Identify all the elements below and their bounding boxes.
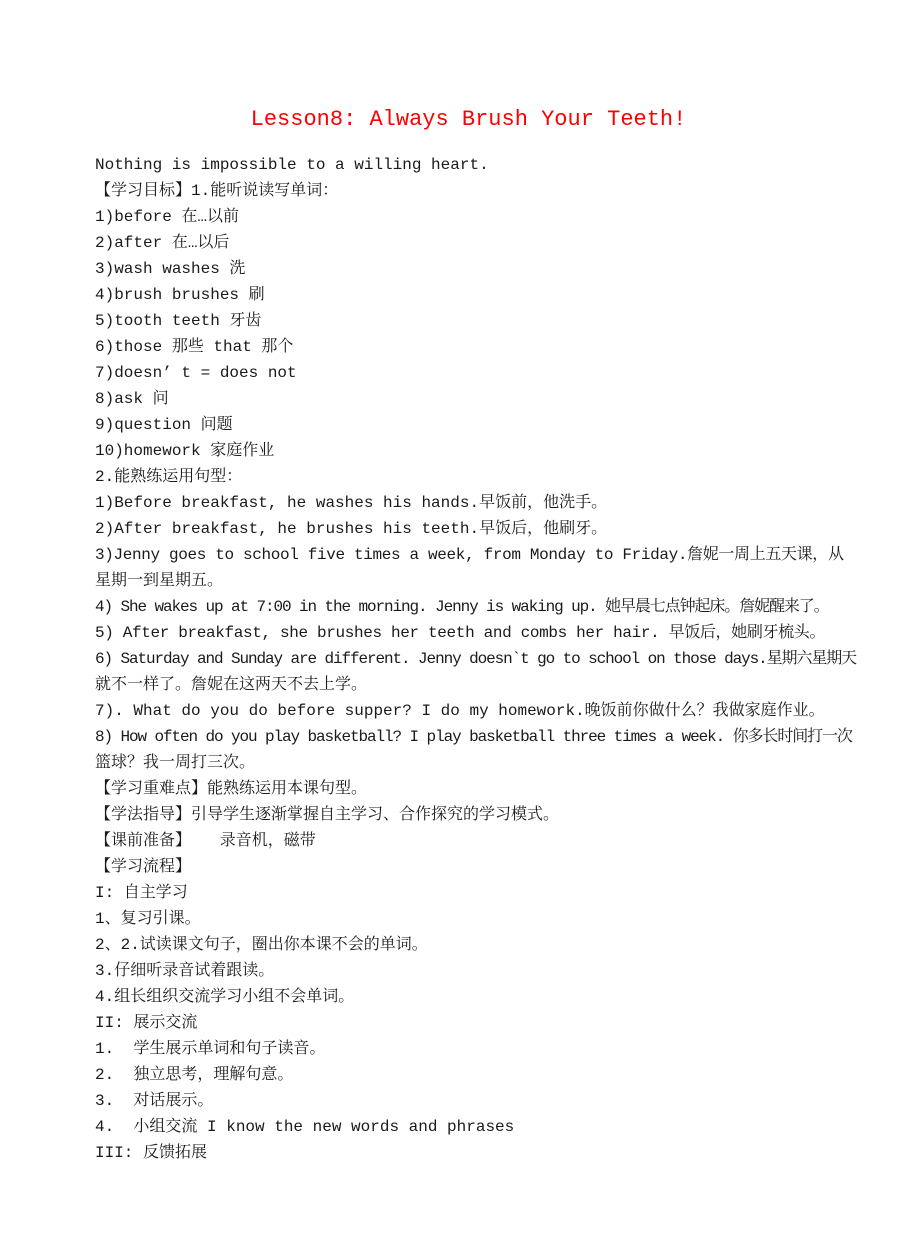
- pattern-line-6: 6) Saturday and Sunday are different. Je…: [95, 646, 842, 672]
- pattern-line-4: 4) She wakes up at 7:00 in the morning. …: [95, 594, 842, 620]
- process-heading: 【学习流程】: [95, 854, 842, 880]
- key-points-line: 【学习重难点】能熟练运用本课句型。: [95, 776, 842, 802]
- pattern-line-5: 5) After breakfast, she brushes her teet…: [95, 620, 842, 646]
- vocab-item-1: 1)before 在…以前: [95, 204, 842, 230]
- vocab-item-10: 10)homework 家庭作业: [95, 438, 842, 464]
- presentation-step-3: 3. 对话展示。: [95, 1088, 842, 1114]
- feedback-heading: III: 反馈拓展: [95, 1140, 842, 1166]
- vocab-item-4: 4)brush brushes 刷: [95, 282, 842, 308]
- self-study-step-3: 3.仔细听录音试着跟读。: [95, 958, 842, 984]
- self-study-heading: I: 自主学习: [95, 880, 842, 906]
- vocab-item-9: 9)question 问题: [95, 412, 842, 438]
- vocab-item-7: 7)doesn’ t = does not: [95, 360, 842, 386]
- pattern-line-7: 7). What do you do before supper? I do m…: [95, 698, 842, 724]
- pattern-line-1: 1)Before breakfast, he washes his hands.…: [95, 490, 842, 516]
- vocab-item-6: 6)those 那些 that 那个: [95, 334, 842, 360]
- pattern-line-6-cont: 就不一样了。詹妮在这两天不去上学。: [95, 672, 842, 698]
- self-study-step-4: 4.组长组织交流学习小组不会单词。: [95, 984, 842, 1010]
- pattern-line-3-cont: 星期一到星期五。: [95, 568, 842, 594]
- preparation-line: 【课前准备】 录音机，磁带: [95, 828, 842, 854]
- self-study-step-1: 1、复习引课。: [95, 906, 842, 932]
- presentation-heading: II: 展示交流: [95, 1010, 842, 1036]
- study-goals-heading: 【学习目标】1.能听说读写单词：: [95, 178, 842, 204]
- presentation-step-4: 4. 小组交流 I know the new words and phrases: [95, 1114, 842, 1140]
- motto-line: Nothing is impossible to a willing heart…: [95, 152, 842, 178]
- pattern-line-2: 2)After breakfast, he brushes his teeth.…: [95, 516, 842, 542]
- pattern-line-8: 8) How often do you play basketball? I p…: [95, 724, 842, 750]
- sentence-patterns-heading: 2.能熟练运用句型：: [95, 464, 842, 490]
- presentation-step-2: 2. 独立思考，理解句意。: [95, 1062, 842, 1088]
- pattern-line-8-cont: 篮球？我一周打三次。: [95, 750, 842, 776]
- vocab-item-8: 8)ask 问: [95, 386, 842, 412]
- document-page: Lesson8: Always Brush Your Teeth! Nothin…: [0, 0, 920, 1260]
- self-study-step-2: 2、2.试读课文句子，圈出你本课不会的单词。: [95, 932, 842, 958]
- vocab-item-2: 2)after 在…以后: [95, 230, 842, 256]
- presentation-step-1: 1. 学生展示单词和句子读音。: [95, 1036, 842, 1062]
- vocab-item-3: 3)wash washes 洗: [95, 256, 842, 282]
- guidance-line: 【学法指导】引导学生逐渐掌握自主学习、合作探究的学习模式。: [95, 802, 842, 828]
- vocab-item-5: 5)tooth teeth 牙齿: [95, 308, 842, 334]
- lesson-title: Lesson8: Always Brush Your Teeth!: [95, 105, 842, 135]
- pattern-line-3: 3)Jenny goes to school five times a week…: [95, 542, 842, 568]
